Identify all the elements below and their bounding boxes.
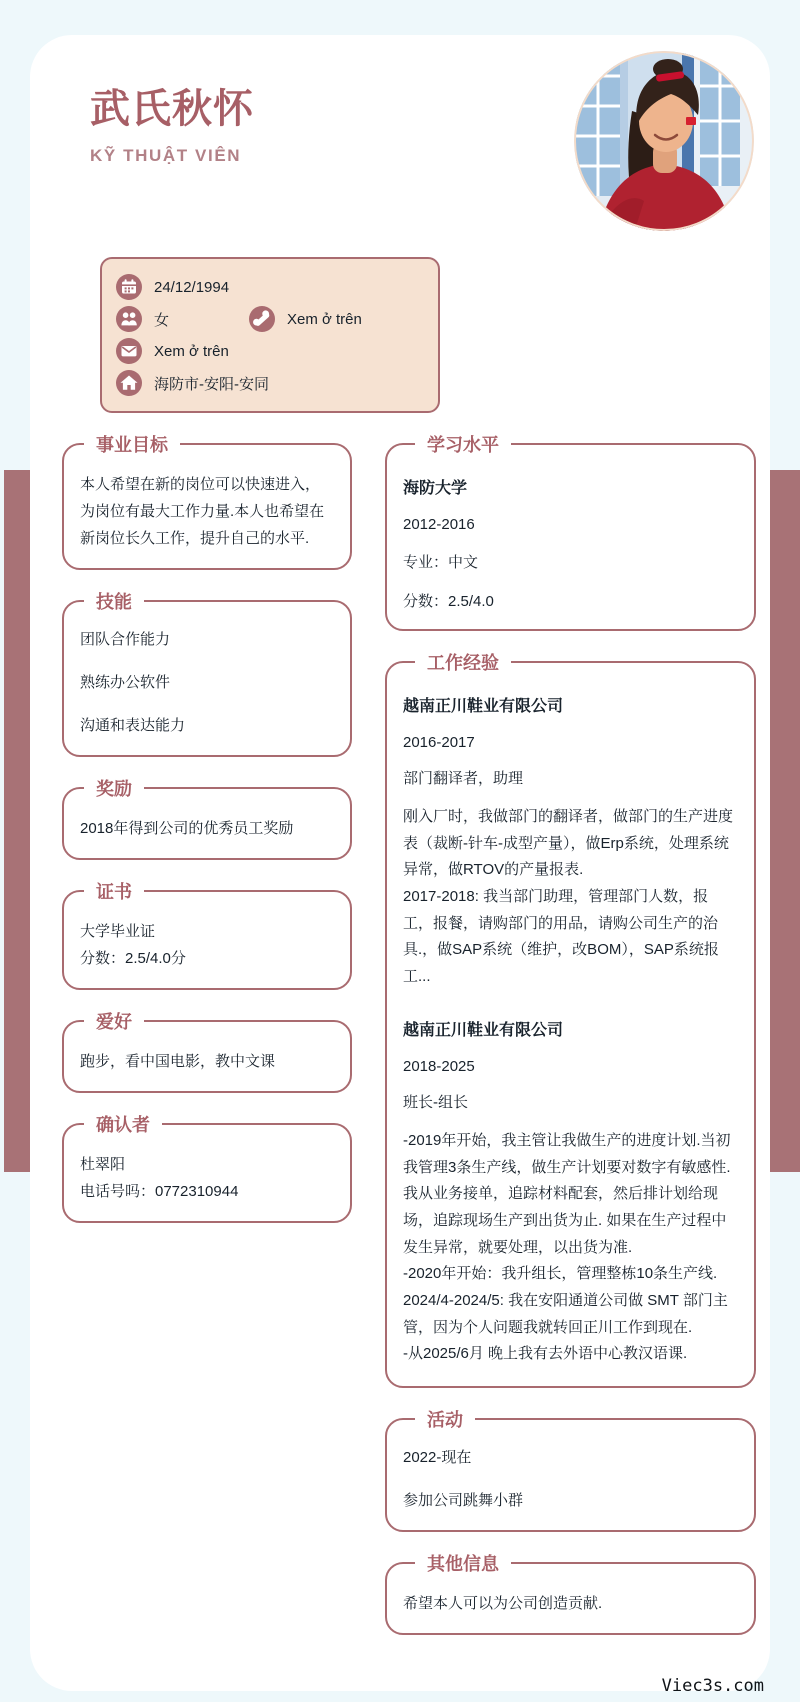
section-reference: 确认者 杜翠阳 电话号吗：0772310944 — [62, 1123, 352, 1223]
phone-value: Xem ở trên — [287, 311, 362, 328]
resume-card: 武氏秋怀 KỸ THUẬT VIÊN — [30, 35, 770, 1691]
education-school: 海防大学 — [403, 475, 738, 498]
content-columns: 事业目标 本人希望在新的岗位可以快速进入，为岗位有最大工作力量.本人也希望在新岗… — [62, 443, 756, 1665]
section-other-title: 其他信息 — [415, 1550, 511, 1576]
gender-value: 女 — [154, 309, 169, 330]
email-value: Xem ở trên — [154, 343, 229, 360]
contact-info-box: 24/12/1994 女 — [100, 257, 440, 413]
left-column: 事业目标 本人希望在新的岗位可以快速进入，为岗位有最大工作力量.本人也希望在新岗… — [62, 443, 352, 1665]
certificate-body: 大学毕业证 分数：2.5/4.0分 — [80, 918, 334, 972]
section-certificate-title: 证书 — [84, 878, 144, 904]
job-role: 部门翻译者，助理 — [403, 767, 738, 788]
education-period: 2012-2016 — [403, 516, 738, 533]
hobby-body: 跑步，看中国电影，教中文课 — [80, 1048, 334, 1075]
section-skills: 技能 团队合作能力 熟练办公软件 沟通和表达能力 — [62, 600, 352, 757]
education-score: 分数：2.5/4.0 — [403, 590, 738, 611]
section-experience: 工作经验 越南正川鞋业有限公司 2016-2017 部门翻译者，助理 刚入厂时，… — [385, 661, 756, 1388]
dob-value: 24/12/1994 — [154, 279, 229, 296]
right-column: 学习水平 海防大学 2012-2016 专业：中文 分数：2.5/4.0 工作经… — [385, 443, 756, 1665]
section-hobby-title: 爱好 — [84, 1008, 144, 1034]
activity-period: 2022-现在 — [403, 1446, 738, 1467]
info-row-gender-phone: 女 Xem ở trên — [116, 303, 424, 335]
section-award-title: 奖励 — [84, 775, 144, 801]
header: 武氏秋怀 KỸ THUẬT VIÊN — [62, 57, 756, 231]
job-period: 2018-2025 — [403, 1058, 738, 1075]
calendar-icon — [116, 274, 142, 300]
avatar — [574, 51, 754, 231]
section-hobby: 爱好 跑步，看中国电影，教中文课 — [62, 1020, 352, 1093]
job-description: -2019年开始，我主管让我做生产的进度计划.当初我管理3条生产线，做生产计划要… — [403, 1128, 738, 1368]
section-certificate: 证书 大学毕业证 分数：2.5/4.0分 — [62, 890, 352, 990]
section-objective: 事业目标 本人希望在新的岗位可以快速进入，为岗位有最大工作力量.本人也希望在新岗… — [62, 443, 352, 570]
job-company: 越南正川鞋业有限公司 — [403, 1017, 738, 1040]
resume-page: 武氏秋怀 KỸ THUẬT VIÊN — [0, 0, 800, 1702]
skill-item: 熟练办公软件 — [80, 671, 334, 692]
section-education-title: 学习水平 — [415, 431, 511, 457]
job-entry: 越南正川鞋业有限公司 2016-2017 部门翻译者，助理 刚入厂时，我做部门的… — [403, 693, 738, 991]
skill-item: 沟通和表达能力 — [80, 714, 334, 735]
job-entry: 越南正川鞋业有限公司 2018-2025 班长-组长 -2019年开始，我主管让… — [403, 1017, 738, 1368]
section-activity-title: 活动 — [415, 1406, 475, 1432]
skill-item: 团队合作能力 — [80, 628, 334, 649]
award-body: 2018年得到公司的优秀员工奖励 — [80, 815, 334, 842]
activity-body: 参加公司跳舞小群 — [403, 1489, 738, 1510]
info-row-address: 海防市-安阳-安同 — [116, 367, 424, 399]
avatar-illustration — [574, 51, 754, 231]
person-job-title: KỸ THUẬT VIÊN — [90, 146, 254, 166]
job-company: 越南正川鞋业有限公司 — [403, 693, 738, 716]
section-experience-title: 工作经验 — [415, 649, 511, 675]
section-skills-title: 技能 — [84, 588, 144, 614]
person-name: 武氏秋怀 — [90, 77, 254, 134]
gender-icon — [116, 306, 142, 332]
section-education: 学习水平 海防大学 2012-2016 专业：中文 分数：2.5/4.0 — [385, 443, 756, 631]
email-icon — [116, 338, 142, 364]
section-objective-title: 事业目标 — [84, 431, 180, 457]
phone-icon — [249, 306, 275, 332]
info-row-email: Xem ở trên — [116, 335, 424, 367]
other-body: 希望本人可以为公司创造贡献. — [403, 1590, 738, 1617]
info-row-dob: 24/12/1994 — [116, 271, 424, 303]
section-award: 奖励 2018年得到公司的优秀员工奖励 — [62, 787, 352, 860]
watermark-brand: Viec3s.com — [662, 1676, 764, 1696]
objective-body: 本人希望在新的岗位可以快速进入，为岗位有最大工作力量.本人也希望在新岗位长久工作… — [80, 471, 334, 552]
home-icon — [116, 370, 142, 396]
job-role: 班长-组长 — [403, 1091, 738, 1112]
reference-body: 杜翠阳 电话号吗：0772310944 — [80, 1151, 334, 1205]
address-value: 海防市-安阳-安同 — [154, 373, 269, 394]
section-reference-title: 确认者 — [84, 1111, 162, 1137]
section-other: 其他信息 希望本人可以为公司创造贡献. — [385, 1562, 756, 1635]
job-description: 刚入厂时，我做部门的翻译者，做部门的生产进度表（裁断-针车-成型产量），做Erp… — [403, 804, 738, 991]
education-major: 专业：中文 — [403, 551, 738, 572]
job-period: 2016-2017 — [403, 734, 738, 751]
section-activity: 活动 2022-现在 参加公司跳舞小群 — [385, 1418, 756, 1532]
